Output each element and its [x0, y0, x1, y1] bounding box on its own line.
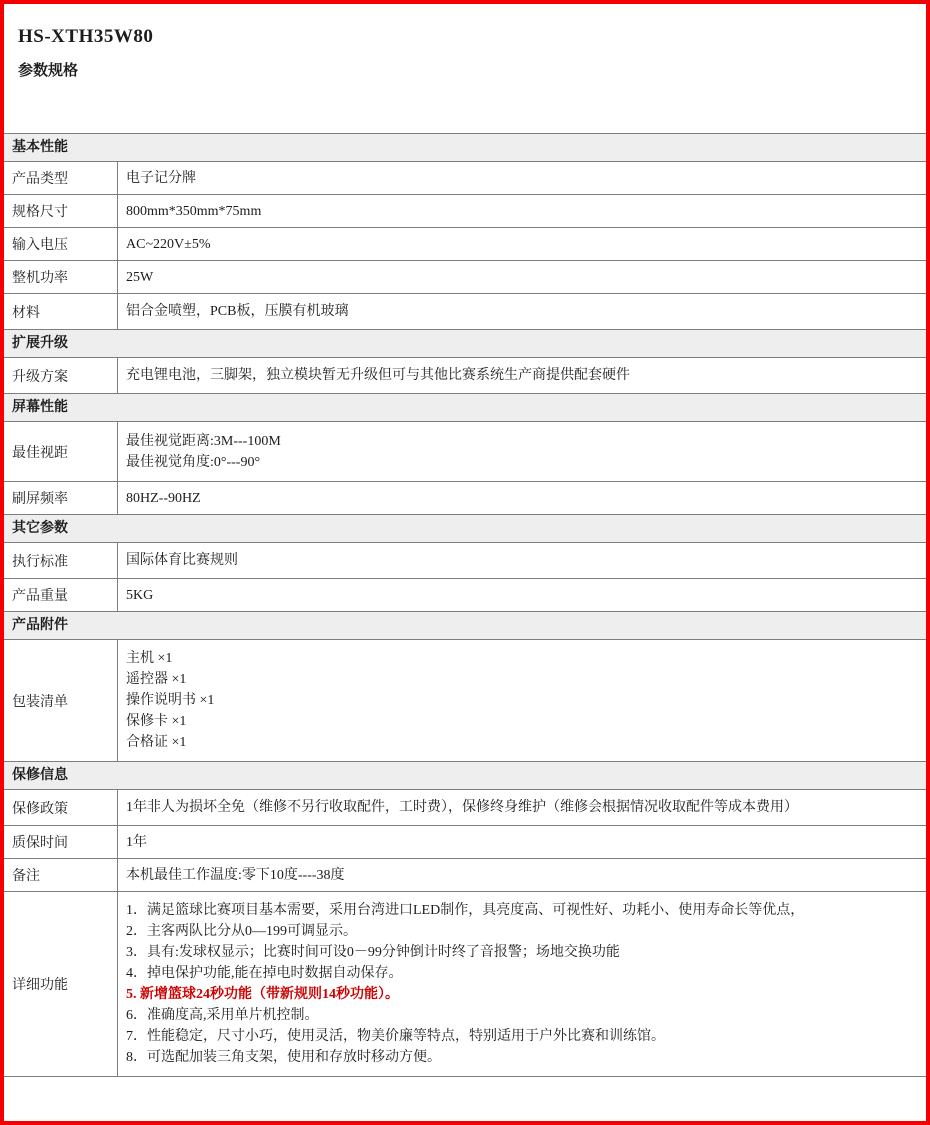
- spec-row-label: 包装清单: [4, 640, 118, 761]
- spec-row-label: 产品重量: [4, 579, 118, 611]
- spec-row-value: 80HZ--90HZ: [118, 482, 926, 514]
- spec-row-label: 备注: [4, 859, 118, 891]
- section-header-warranty: 保修信息: [4, 762, 926, 790]
- spec-row-label: 保修政策: [4, 790, 118, 825]
- spec-row-value: 充电锂电池，三脚架，独立模块暂无升级但可与其他比赛系统生产商提供配套硬件: [118, 358, 926, 393]
- spec-row-label: 刷屏频率: [4, 482, 118, 514]
- spec-row-label: 质保时间: [4, 826, 118, 858]
- spec-row-input-voltage: 输入电压 AC~220V±5%: [4, 228, 926, 261]
- spec-row-label: 输入电压: [4, 228, 118, 260]
- spec-row-value: 铝合金喷塑，PCB板，压膜有机玻璃: [118, 294, 926, 329]
- section-header-accessories: 产品附件: [4, 612, 926, 640]
- spec-row-value: 800mm*350mm*75mm: [118, 195, 926, 227]
- spec-row-value: 本机最佳工作温度:零下10度----38度: [118, 859, 926, 891]
- section-header-basic: 基本性能: [4, 134, 926, 162]
- spec-sheet: HS-XTH35W80 参数规格 基本性能 产品类型 电子记分牌 规格尺寸 80…: [0, 0, 930, 1125]
- spec-row-label: 执行标准: [4, 543, 118, 578]
- spec-row-material: 材料 铝合金喷塑，PCB板，压膜有机玻璃: [4, 294, 926, 330]
- spec-table: 基本性能 产品类型 电子记分牌 规格尺寸 800mm*350mm*75mm 输入…: [4, 133, 926, 1077]
- spec-row-value: 国际体育比赛规则: [118, 543, 926, 578]
- spec-row-label: 升级方案: [4, 358, 118, 393]
- spec-row-value: 最佳视觉距离:3M---100M 最佳视觉角度:0°---90°: [118, 422, 926, 481]
- spec-row-value: 主机 ×1 遥控器 ×1 操作说明书 ×1 保修卡 ×1 合格证 ×1: [118, 640, 926, 761]
- spec-row-label: 规格尺寸: [4, 195, 118, 227]
- section-header-expansion: 扩展升级: [4, 330, 926, 358]
- spec-row-viewing-distance: 最佳视距 最佳视觉距离:3M---100M 最佳视觉角度:0°---90°: [4, 422, 926, 482]
- highlighted-function-line: 5. 新增篮球24秒功能（带新规则14秒功能）。: [126, 984, 916, 1005]
- spec-row-label: 最佳视距: [4, 422, 118, 481]
- spec-subtitle: 参数规格: [18, 59, 926, 80]
- spec-row-weight: 产品重量 5KG: [4, 579, 926, 612]
- spec-row-value: 25W: [118, 261, 926, 293]
- spec-row-value: 1年非人为损坏全免（维修不另行收取配件，工时费），保修终身维护（维修会根据情况收…: [118, 790, 926, 825]
- spec-row-warranty-period: 质保时间 1年: [4, 826, 926, 859]
- spec-row-packing-list: 包装清单 主机 ×1 遥控器 ×1 操作说明书 ×1 保修卡 ×1 合格证 ×1: [4, 640, 926, 762]
- product-model-title: HS-XTH35W80: [18, 26, 926, 48]
- spec-row-label: 详细功能: [4, 892, 118, 1076]
- spec-row-value: 5KG: [118, 579, 926, 611]
- doc-header: HS-XTH35W80 参数规格: [4, 4, 926, 133]
- spec-row-label: 材料: [4, 294, 118, 329]
- section-header-other: 其它参数: [4, 515, 926, 543]
- spec-row-power: 整机功率 25W: [4, 261, 926, 294]
- spec-row-detailed-functions: 详细功能 1．满足篮球比赛项目基本需要，采用台湾进口LED制作，具亮度高、可视性…: [4, 892, 926, 1076]
- spec-row-label: 产品类型: [4, 162, 118, 194]
- spec-row-warranty-policy: 保修政策 1年非人为损坏全免（维修不另行收取配件，工时费），保修终身维护（维修会…: [4, 790, 926, 826]
- section-header-screen: 屏幕性能: [4, 394, 926, 422]
- spec-row-value: AC~220V±5%: [118, 228, 926, 260]
- spec-row-label: 整机功率: [4, 261, 118, 293]
- spec-row-value: 1年: [118, 826, 926, 858]
- spec-row-product-type: 产品类型 电子记分牌: [4, 162, 926, 195]
- spec-row-upgrade-plan: 升级方案 充电锂电池，三脚架，独立模块暂无升级但可与其他比赛系统生产商提供配套硬…: [4, 358, 926, 394]
- spec-row-refresh-rate: 刷屏频率 80HZ--90HZ: [4, 482, 926, 515]
- spec-row-value: 电子记分牌: [118, 162, 926, 194]
- spec-row-dimensions: 规格尺寸 800mm*350mm*75mm: [4, 195, 926, 228]
- spec-row-remarks: 备注 本机最佳工作温度:零下10度----38度: [4, 859, 926, 892]
- spec-row-value: 1．满足篮球比赛项目基本需要，采用台湾进口LED制作，具亮度高、可视性好、功耗小…: [118, 892, 926, 1076]
- spec-row-standard: 执行标准 国际体育比赛规则: [4, 543, 926, 579]
